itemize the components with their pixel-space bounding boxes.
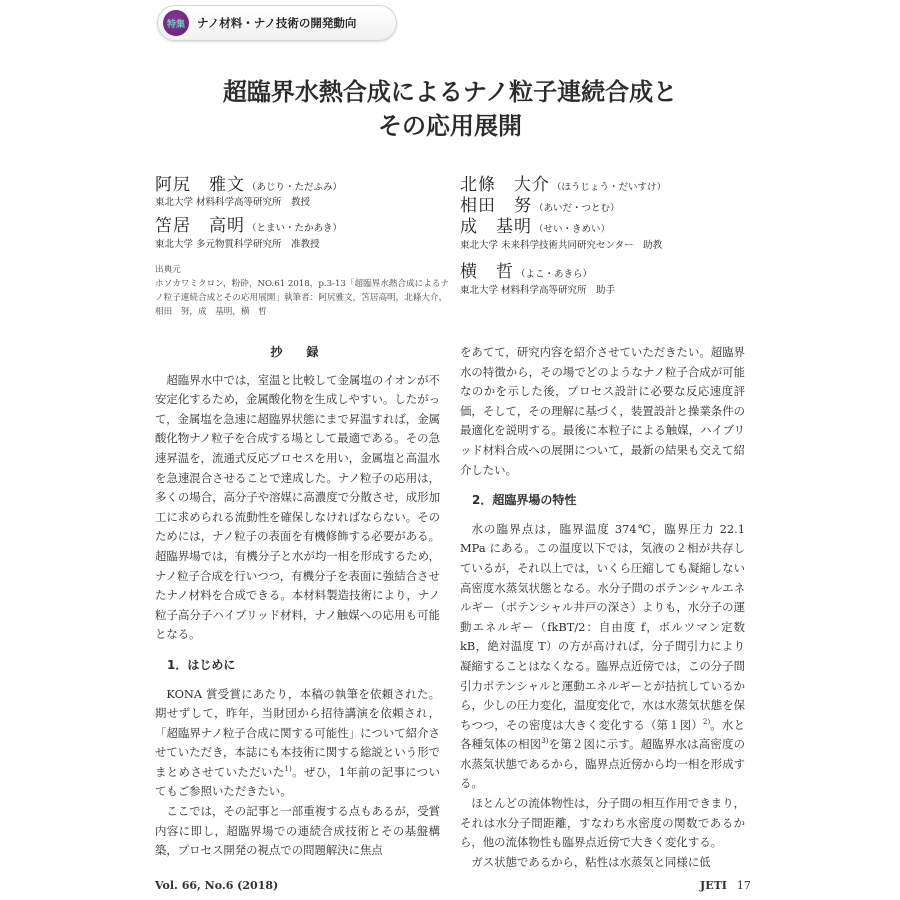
section-1-heading: 1．はじめに	[167, 656, 440, 676]
footer-volume: Vol. 66, No.6 (2018)	[155, 879, 278, 892]
feature-header: 特集 ナノ材料・ナノ技術の開発動向	[157, 5, 397, 41]
author-name: 笘居 高明（とまい・たかあき）	[155, 211, 342, 236]
author-affiliation: 東北大学 材料科学高等研究所 教授	[155, 194, 310, 208]
article-title-line1: 超臨界水熱合成によるナノ粒子連続合成と	[150, 75, 750, 109]
section-1-paragraph-1: KONA 賞受賞にあたり，本稿の執筆を依頼された。期せずして，昨年，当財団から招…	[155, 685, 440, 803]
left-column: 抄 録 超臨界水中では，室温と比較して金属塩のイオンが不安定化するため，金属酸化…	[155, 343, 440, 861]
author-name-text: 笘居 高明	[155, 216, 245, 236]
source-citation: 出典元 ホソカワミクロン，粉砕，NO.61 2018，p.3-13「超臨界水熱合…	[155, 263, 455, 319]
article-title-line2: その応用展開	[150, 109, 750, 143]
author-reading: （とまい・たかあき）	[247, 223, 342, 234]
author-reading: （あじり・ただふみ）	[247, 182, 342, 193]
author-name-text: 成 基明	[460, 217, 532, 237]
section-1-paragraph-2: ここでは，その記事と一部重複する点もあるが，受賞内容に即し，超臨界場での連続合成…	[155, 802, 440, 861]
author-name: 成 基明（せい・きめい）	[460, 212, 610, 237]
reference-marker: 1)	[285, 765, 292, 773]
author-reading: （せい・きめい）	[534, 224, 610, 235]
source-label: 出典元	[155, 263, 455, 277]
journal-name: JETI	[700, 879, 727, 892]
author-affiliation: 東北大学 多元物質科学研究所 准教授	[155, 236, 320, 250]
page-number: 17	[737, 879, 751, 892]
author-affiliation: 東北大学 材料科学高等研究所 助手	[460, 282, 615, 296]
section-1-paragraph-2-continued: をあてて，研究内容を紹介させていただきたい。超臨界水の特徴から，その場でどのよう…	[460, 343, 745, 480]
feature-badge: 特集	[163, 10, 189, 36]
right-column: をあてて，研究内容を紹介させていただきたい。超臨界水の特徴から，その場でどのよう…	[460, 343, 745, 872]
author-name-text: 横 哲	[460, 262, 514, 282]
author-name: 横 哲（よこ・あきら）	[460, 257, 592, 282]
paragraph-text: 水の臨界点は，臨界温度 374℃，臨界圧力 22.1 MPa にある。この温度以…	[460, 522, 745, 732]
source-text: ホソカワミクロン，粉砕，NO.61 2018，p.3-13「超臨界水熱合成による…	[155, 277, 455, 319]
section-2-paragraph-3: ガス状態であるから，粘性は水蒸気と同様に低	[460, 853, 745, 873]
section-2-paragraph-1: 水の臨界点は，臨界温度 374℃，臨界圧力 22.1 MPa にある。この温度以…	[460, 520, 745, 794]
author-name-text: 阿尻 雅文	[155, 175, 245, 195]
author-name: 阿尻 雅文（あじり・ただふみ）	[155, 170, 342, 195]
footer-journal-page: JETI17	[700, 879, 751, 892]
author-affiliation: 東北大学 未来科学技術共同研究センター 助教	[460, 237, 662, 251]
section-2-paragraph-2: ほとんどの流体物性は，分子間の相互作用できまり，それは水分子間距離，すなわち水密…	[460, 794, 745, 853]
author-reading: （よこ・あきら）	[516, 269, 592, 280]
section-2-heading: 2．超臨界場の特性	[472, 491, 745, 511]
abstract-body: 超臨界水中では，室温と比較して金属塩のイオンが不安定化するため，金属酸化物を生成…	[155, 371, 440, 645]
feature-section-title: ナノ材料・ナノ技術の開発動向	[197, 15, 356, 31]
abstract-heading: 抄 録	[155, 343, 440, 363]
